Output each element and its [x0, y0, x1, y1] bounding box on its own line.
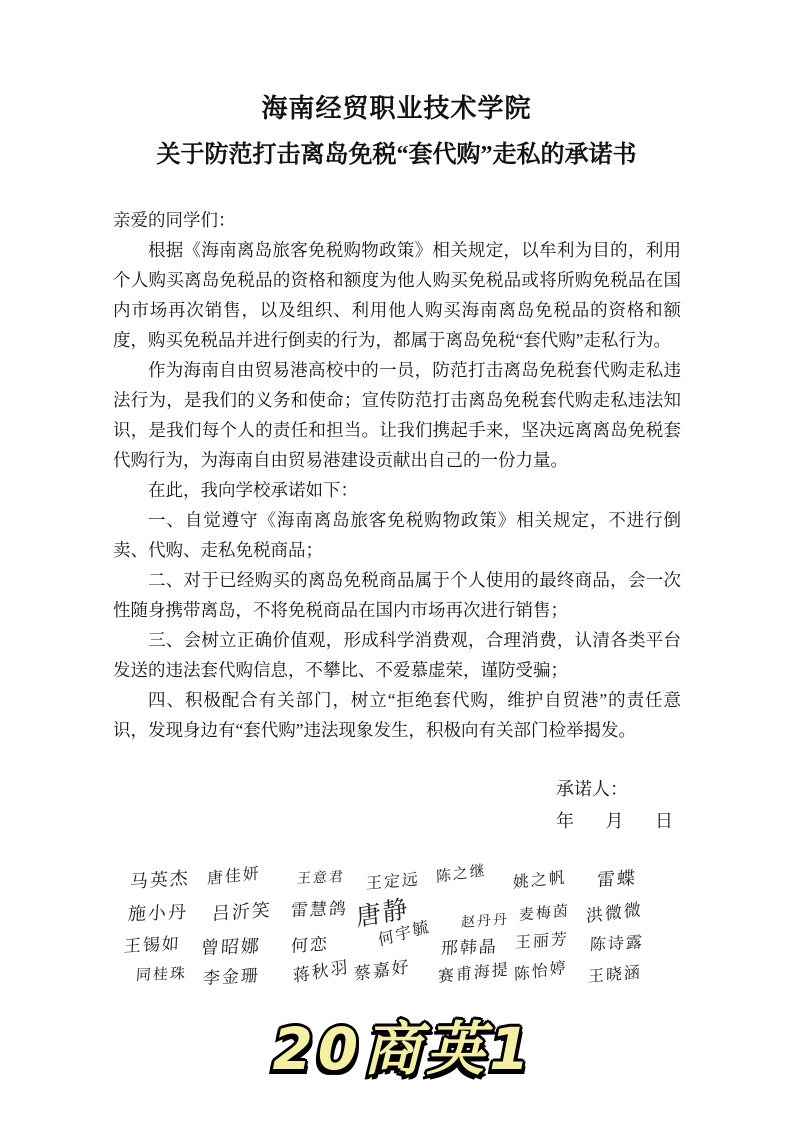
signature: 何恋: [291, 929, 330, 957]
signature: 王晓涵: [588, 959, 642, 987]
class-sticker-label: 20商英1: [272, 1002, 534, 1086]
signature: 马英杰: [130, 864, 191, 894]
signature: 曾昭娜: [200, 932, 262, 960]
signature: 邢韩晶: [440, 932, 499, 959]
paragraph-mission: 作为海南自由贸易港高校中的一员，防范打击离岛免税套代购走私违法行为，是我们的义务…: [113, 355, 681, 475]
signature: 蔡嘉好: [354, 952, 411, 985]
document-title-line2: 关于防范打击离岛免税“套代购”走私的承诺书: [0, 139, 793, 171]
class-sticker-wrap: 20商英1: [0, 1002, 793, 1086]
year-label: 年: [556, 805, 574, 837]
paragraph-pledge-intro: 在此，我向学校承诺如下：: [113, 475, 681, 505]
signature: 王丽芳: [515, 926, 570, 953]
signature: 王锡如: [123, 929, 181, 957]
signature: 洪微微: [586, 895, 643, 927]
day-label: 日: [655, 805, 673, 837]
document-body: 亲爱的同学们： 根据《海南离岛旅客免税购物政策》相关规定，以牟利为目的，利用个人…: [113, 205, 681, 745]
pledge-item-3: 三、会树立正确价值观，形成科学消费观，合理消费，认清各类平台发送的违法套代购信息…: [113, 625, 681, 685]
signatures-area: 马英杰唐佳妍王意君王定远陈之继姚之帆雷蝶施小丹吕沂笑雷慧鸽唐静赵丹丹麦梅茵洪微微…: [0, 856, 793, 1006]
signature: 雷慧鸽: [290, 894, 349, 921]
document-title-line1: 海南经贸职业技术学院: [0, 0, 793, 126]
document-page: 海南经贸职业技术学院 关于防范打击离岛免税“套代购”走私的承诺书 亲爱的同学们：…: [0, 0, 793, 1122]
pledge-item-4: 四、积极配合有关部门，树立“拒绝套代购，维护自贸港”的责任意识，发现身边有“套代…: [113, 685, 681, 745]
pledge-item-1: 一、自觉遵守《海南离岛旅客免税购物政策》相关规定，不进行倒卖、代购、走私免税商品…: [113, 505, 681, 565]
signature: 赵丹丹: [461, 909, 510, 932]
signature: 陈怡婷: [514, 954, 568, 985]
signature: 姚之帆: [513, 864, 567, 893]
signature: 陈之继: [436, 859, 487, 887]
salutation: 亲爱的同学们：: [113, 205, 681, 235]
month-label: 月: [606, 805, 624, 837]
signature: 李金珊: [202, 961, 260, 989]
signature: 同桂珠: [135, 962, 187, 985]
signature: 陈诗露: [589, 929, 644, 955]
signature: 施小丹: [127, 898, 189, 926]
paragraph-background: 根据《海南离岛旅客免税购物政策》相关规定，以牟利为目的，利用个人购买离岛免税品的…: [113, 235, 681, 355]
signature: 吕沂笑: [212, 896, 273, 926]
signature: 麦梅茵: [519, 899, 570, 925]
signature: 蒋秋羽: [292, 952, 350, 987]
promiser-label: 承诺人：: [556, 773, 793, 805]
signature: 王定远: [366, 866, 420, 894]
signoff-block: 承诺人： 年 月 日: [556, 773, 793, 837]
pledge-item-2: 二、对于已经购买的离岛免税商品属于个人使用的最终商品，会一次性随身携带离岛，不将…: [113, 565, 681, 625]
signature: 王意君: [296, 866, 345, 888]
date-line: 年 月 日: [556, 805, 793, 837]
signature: 赛甫海提: [438, 956, 510, 987]
signature: 唐佳妍: [207, 860, 261, 889]
signature: 雷蝶: [596, 864, 637, 892]
